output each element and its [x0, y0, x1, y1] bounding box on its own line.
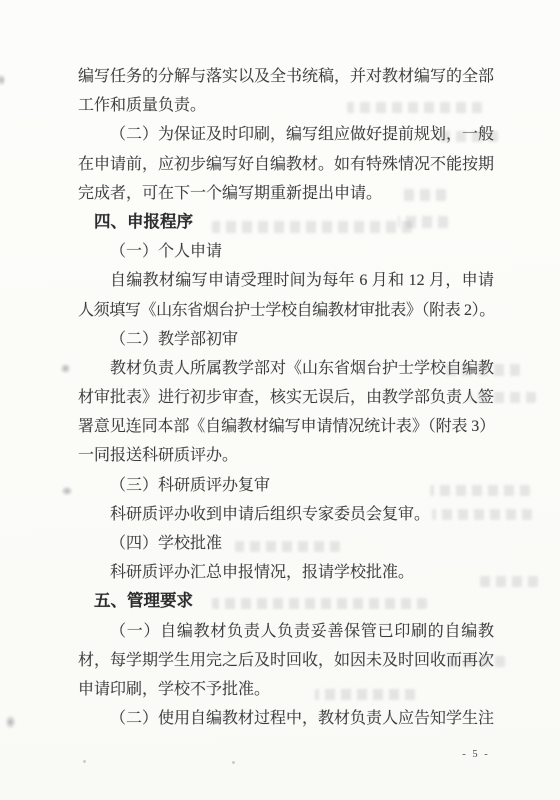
bleed-through-artifact: [430, 485, 530, 496]
text-line: 编写任务的分解与落实以及全书统稿，并对教材编写的全部: [78, 62, 494, 91]
text-line: （二）为保证及时印刷，编写组应做好提前规划，一般: [78, 120, 494, 149]
bleed-through-artifact: [212, 598, 427, 609]
text-line: 自编教材编写申请受理时间为每年 6 月和 12 月，申请: [78, 266, 494, 295]
bleed-through-artifact: [235, 541, 340, 552]
text-line: 在申请前，应初步编写好自编教材。如有特殊情况不能按期: [78, 150, 494, 179]
bleed-through-artifact: [440, 364, 520, 376]
text-line: 教材负责人所属教学部对《山东省烟台护士学校自编教: [78, 354, 494, 383]
text-line: 材审批表》进行初步审查，核实无误后，由教学部负责人签: [78, 383, 494, 412]
ink-blot: [5, 715, 16, 729]
bleed-through-artifact: [398, 189, 446, 201]
text-line: 人须填写《山东省烟台护士学校自编教材审批表》（附表 2）。: [78, 296, 494, 325]
text-line: （二）教学部初审: [78, 325, 494, 354]
bleed-through-artifact: [440, 131, 498, 142]
ink-blot: [0, 74, 6, 86]
bleed-through-artifact: [315, 689, 415, 700]
text-line: （二）使用自编教材过程中，教材负责人应告知学生注: [78, 704, 494, 733]
bleed-through-artifact: [480, 576, 538, 587]
document-body: 编写任务的分解与落实以及全书统稿，并对教材编写的全部工作和质量负责。（二）为保证…: [78, 62, 494, 733]
text-line: 署意见连同本部《自编教材编写申请情况统计表》（附表 3）: [78, 412, 494, 441]
bleed-through-artifact: [443, 656, 505, 667]
text-line: （一）个人申请: [78, 237, 494, 266]
bleed-through-artifact: [470, 392, 536, 403]
ink-speck: [232, 761, 235, 764]
page-number: - 5 -: [452, 749, 500, 760]
ink-speck: [83, 760, 86, 763]
text-line: （一）自编教材负责人负责妥善保管已印刷的自编教: [78, 617, 494, 646]
text-line: 科研质评办汇总申报情况，报请学校批准。: [78, 558, 494, 587]
text-line: 申请印刷，学校不予批准。: [78, 675, 494, 704]
text-line: 一同报送科研质评办。: [78, 441, 494, 470]
document-page: 编写任务的分解与落实以及全书统稿，并对教材编写的全部工作和质量负责。（二）为保证…: [0, 0, 560, 800]
bleed-through-artifact: [212, 221, 412, 233]
ink-blot: [60, 363, 71, 374]
bleed-through-artifact: [432, 509, 532, 520]
bleed-through-artifact: [347, 102, 482, 113]
text-line: 材，每学期学生用完之后及时回收，如因未及时回收而再次: [78, 646, 494, 675]
ink-blot: [61, 486, 73, 496]
